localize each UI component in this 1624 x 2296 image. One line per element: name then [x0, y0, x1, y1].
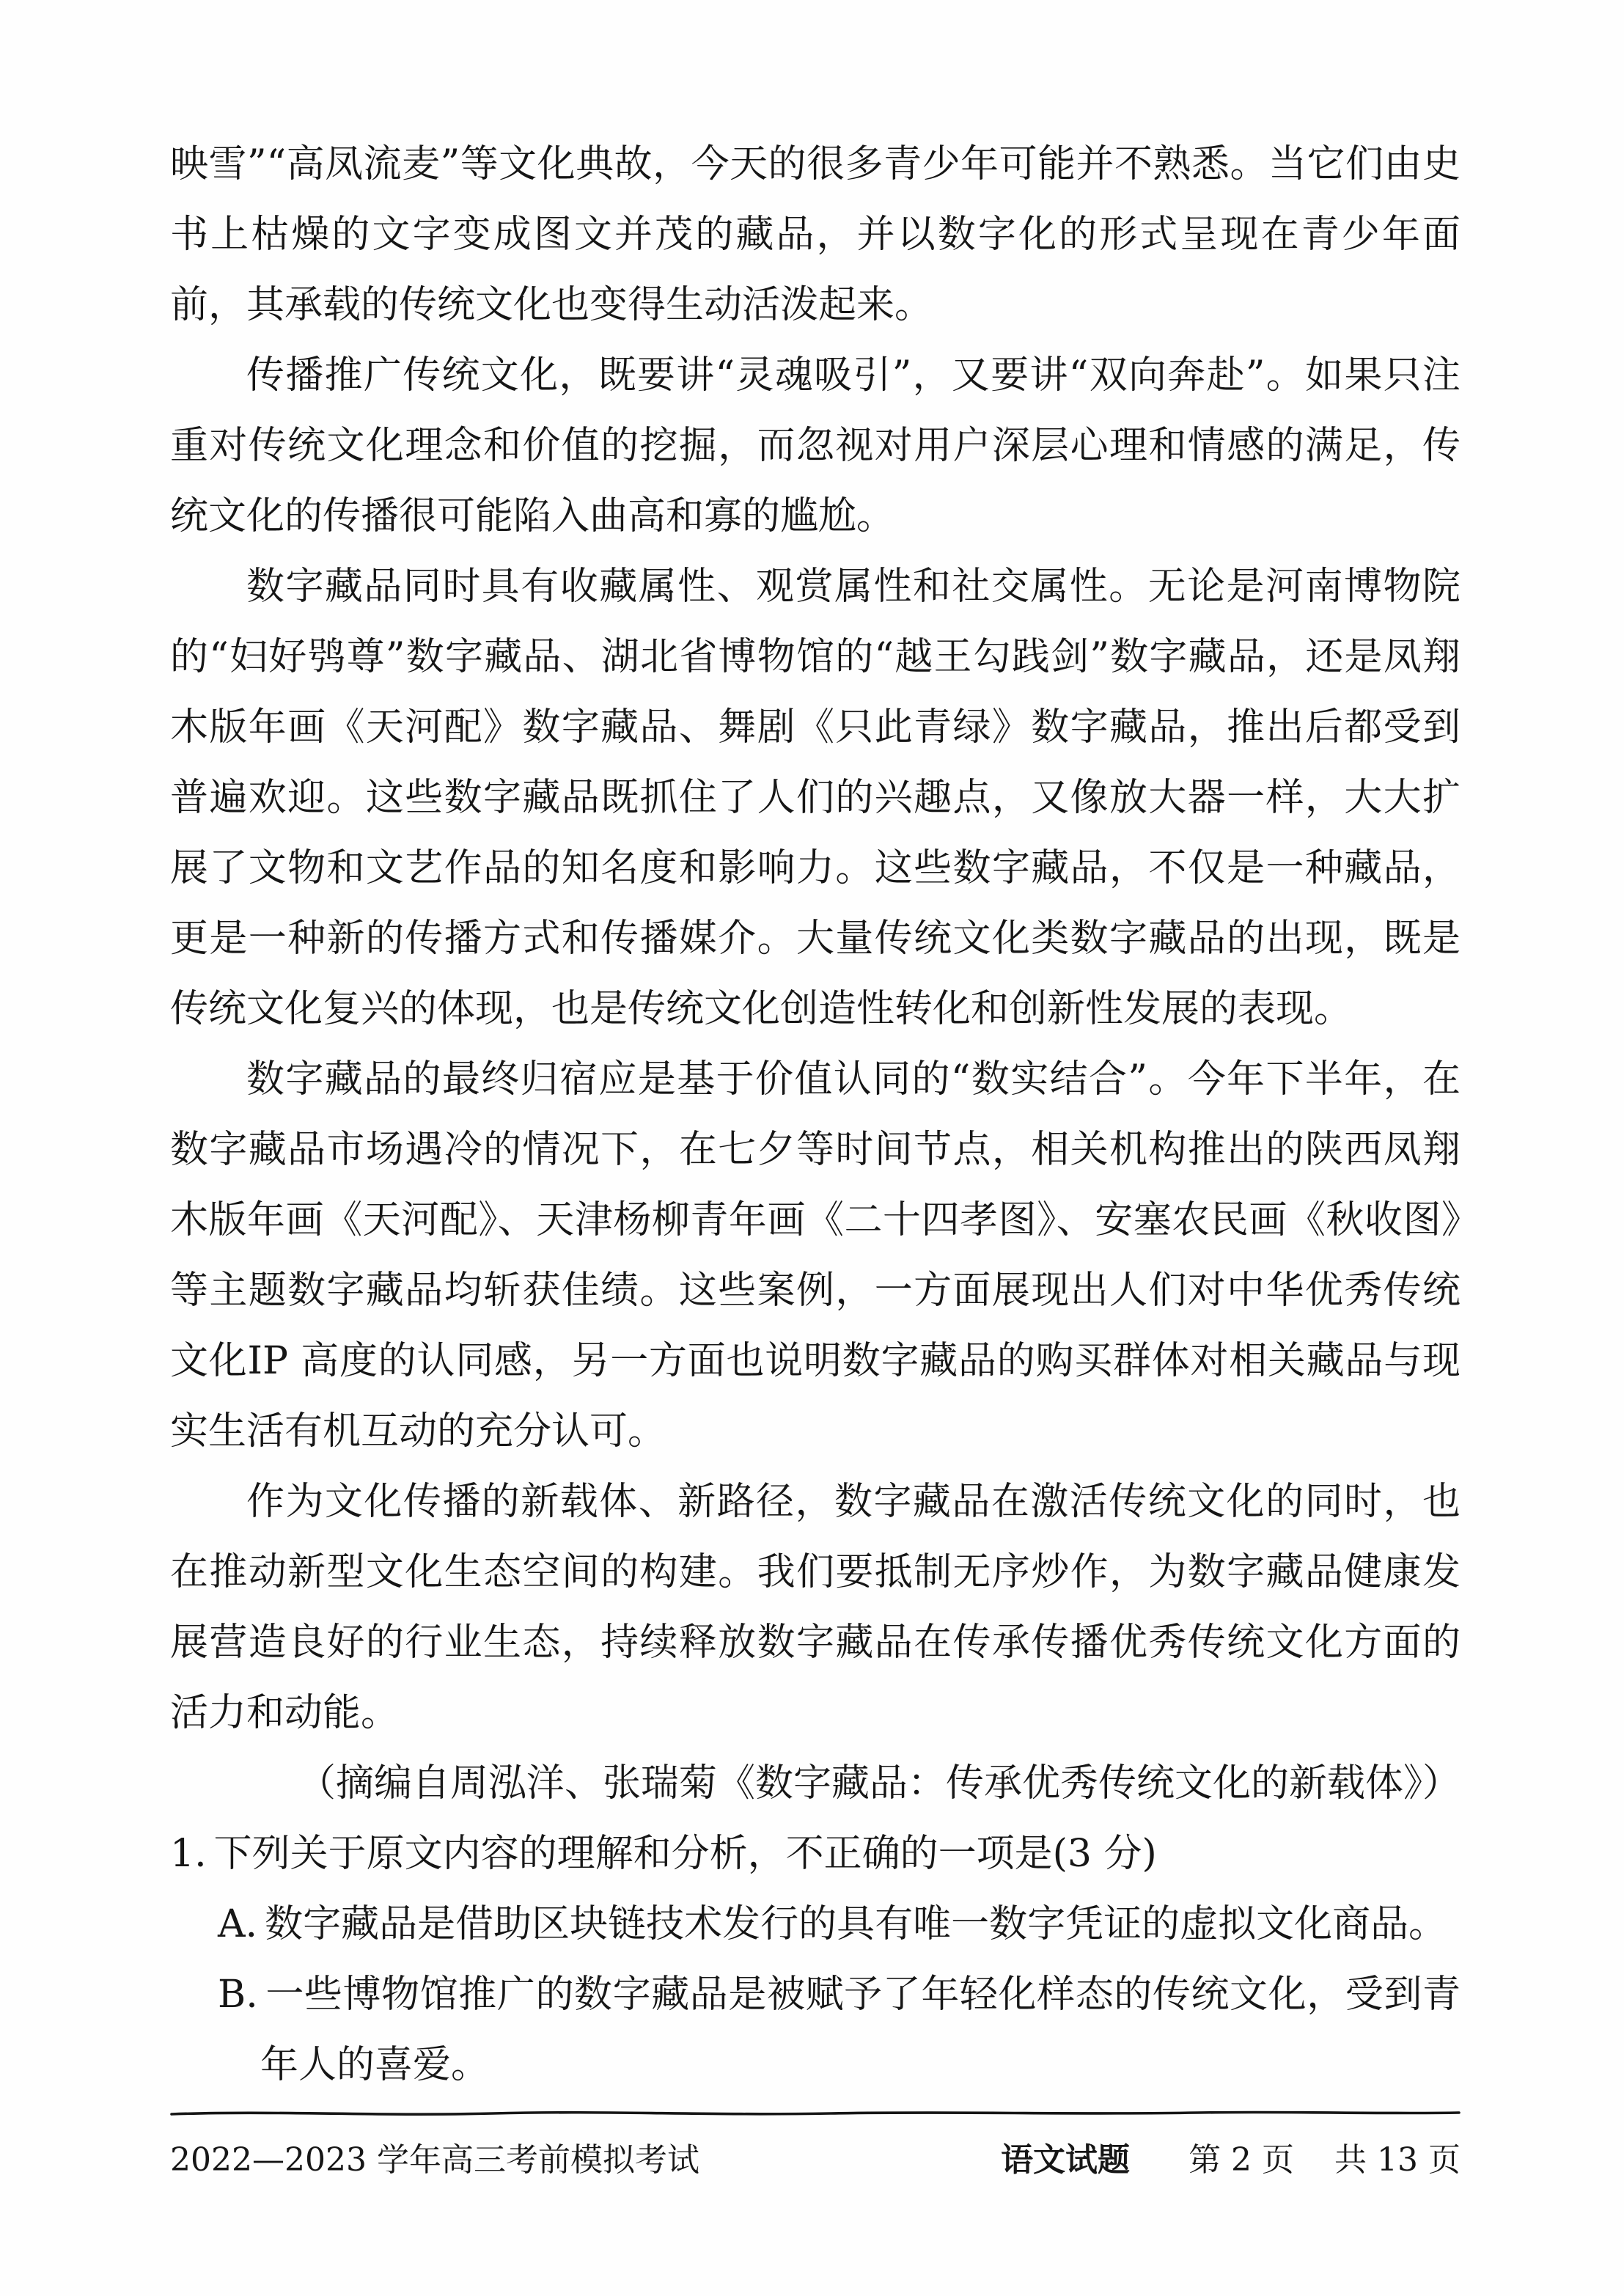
question-1-stem: 下列关于原文内容的理解和分析，不正确的一项是(3 分): [214, 1832, 1157, 1876]
page-footer: 2022—2023 学年高三考前模拟考试 语文试题 第 2 页 共 13 页: [170, 2108, 1461, 2182]
footer-rule: [170, 2108, 1461, 2118]
body-paragraph-1: 映雪”“高凤流麦”等文化典故，今天的很多青少年可能并不熟悉。当它们由史书上枯燥的…: [170, 129, 1461, 340]
question-1-number: 1.: [170, 1832, 207, 1876]
footer-subject: 语文试题: [1001, 2138, 1130, 2182]
footer-page-total: 共 13 页: [1334, 2138, 1461, 2182]
scanned-exam-page: 映雪”“高凤流麦”等文化典故，今天的很多青少年可能并不熟悉。当它们由史书上枯燥的…: [0, 0, 1624, 2296]
question-1-option-a: A.数字藏品是借助区块链技术发行的具有唯一数字凭证的虚拟文化商品。: [170, 1889, 1461, 1959]
footer-right-group: 语文试题 第 2 页 共 13 页: [1001, 2138, 1461, 2182]
body-paragraph-5: 作为文化传播的新载体、新路径，数字藏品在激活传统文化的同时，也在推动新型文化生态…: [170, 1467, 1461, 1748]
footer-text-row: 2022—2023 学年高三考前模拟考试 语文试题 第 2 页 共 13 页: [170, 2138, 1461, 2182]
option-b-label: B.: [218, 1973, 258, 2017]
body-paragraph-4: 数字藏品的最终归宿应是基于价值认同的“数实结合”。今年下半年，在数字藏品市场遇冷…: [170, 1044, 1461, 1467]
body-paragraph-2: 传播推广传统文化，既要讲“灵魂吸引”，又要讲“双向奔赴”。如果只注重对传统文化理…: [170, 340, 1461, 551]
footer-exam-title: 2022—2023 学年高三考前模拟考试: [170, 2138, 699, 2182]
footer-page-number: 第 2 页: [1188, 2138, 1294, 2182]
question-1: 1.下列关于原文内容的理解和分析，不正确的一项是(3 分): [170, 1819, 1461, 1889]
option-a-label: A.: [218, 1902, 257, 1946]
exam-page-body: 映雪”“高凤流麦”等文化典故，今天的很多青少年可能并不熟悉。当它们由史书上枯燥的…: [170, 129, 1461, 2100]
attribution-line: （摘编自周泓洋、张瑞菊《数字藏品：传承优秀传统文化的新载体》）: [170, 1748, 1461, 1819]
question-1-option-b: B.一些博物馆推广的数字藏品是被赋予了年轻化样态的传统文化，受到青年人的喜爱。: [170, 1959, 1461, 2100]
option-a-text: 数字藏品是借助区块链技术发行的具有唯一数字凭证的虚拟文化商品。: [265, 1902, 1447, 1946]
option-b-text: 一些博物馆推广的数字藏品是被赋予了年轻化样态的传统文化，受到青年人的喜爱。: [260, 1973, 1461, 2087]
body-paragraph-3: 数字藏品同时具有收藏属性、观赏属性和社交属性。无论是河南博物院的“妇好鸮尊”数字…: [170, 551, 1461, 1044]
